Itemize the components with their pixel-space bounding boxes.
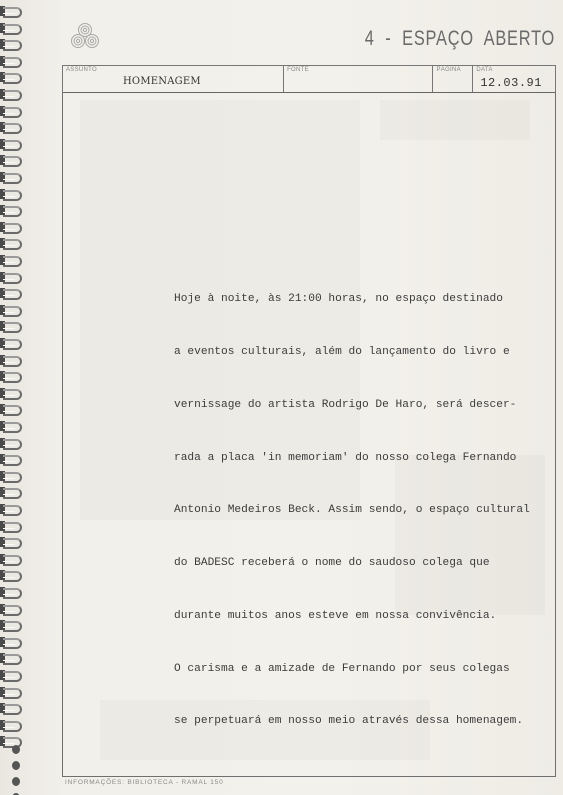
spiral-coil <box>0 54 22 66</box>
spiral-coil <box>0 585 22 597</box>
spiral-coil <box>0 336 22 348</box>
fonte-cell: FONTE <box>284 66 433 92</box>
fonte-label: FONTE <box>287 67 309 73</box>
spiral-coil <box>0 220 22 232</box>
article-line: do BADESC receberá o nome do saudoso col… <box>174 555 554 573</box>
spiral-coil <box>0 685 22 697</box>
article-line: O carisma e a amizade de Fernando por se… <box>174 661 554 679</box>
badesc-spiral-logo-icon <box>70 22 100 50</box>
spiral-coil <box>0 485 22 497</box>
form-header-table: ASSUNTO HOMENAGEM FONTE PÁGINA DATA 12.0… <box>62 65 556 93</box>
article-line: Hoje à noite, às 21:00 horas, no espaço … <box>174 291 554 309</box>
spiral-coil <box>0 153 22 165</box>
data-cell: DATA 12.03.91 <box>473 66 555 92</box>
spiral-coil <box>0 552 22 564</box>
assunto-label: ASSUNTO <box>66 67 97 73</box>
spiral-coil <box>0 137 22 149</box>
spiral-coil <box>0 353 22 365</box>
spiral-coil <box>0 120 22 132</box>
data-label: DATA <box>476 67 492 73</box>
spiral-coil <box>0 104 22 116</box>
spiral-coil <box>0 618 22 630</box>
article-line: se perpetuará em nosso meio através dess… <box>174 713 554 731</box>
spiral-coil <box>0 21 22 33</box>
spiral-coil <box>0 4 22 16</box>
spiral-binding <box>0 0 26 795</box>
article-body: Hoje à noite, às 21:00 horas, no espaço … <box>174 256 554 749</box>
spiral-coil <box>0 419 22 431</box>
spiral-coil <box>0 436 22 448</box>
spiral-coil <box>0 452 22 464</box>
footer-info: INFORMAÇÕES: BIBLIOTECA - RAMAL 150 <box>65 779 224 786</box>
article-line: durante muitos anos esteve em nossa conv… <box>174 608 554 626</box>
spiral-coil <box>0 187 22 199</box>
spiral-coil <box>0 568 22 580</box>
article-line: Antonio Medeiros Beck. Assim sendo, o es… <box>174 502 554 520</box>
assunto-cell: ASSUNTO HOMENAGEM <box>63 66 284 92</box>
pagina-cell: PÁGINA <box>433 66 473 92</box>
pagina-label: PÁGINA <box>436 67 460 73</box>
spiral-coil <box>0 170 22 182</box>
spiral-coil <box>0 236 22 248</box>
spiral-coil <box>0 369 22 381</box>
binding-hole <box>12 761 20 770</box>
spiral-coil <box>0 37 22 49</box>
binding-hole <box>12 745 20 754</box>
spiral-coil <box>0 635 22 647</box>
spiral-coil <box>0 519 22 531</box>
article-line: rada a placa 'in memoriam' do nosso cole… <box>174 450 554 468</box>
spiral-coil <box>0 87 22 99</box>
spiral-coil <box>0 319 22 331</box>
binding-hole <box>12 777 20 786</box>
spiral-coil <box>0 402 22 414</box>
spiral-coil <box>0 535 22 547</box>
spiral-coil <box>0 701 22 713</box>
spiral-coil <box>0 469 22 481</box>
article-line: vernissage do artista Rodrigo De Haro, s… <box>174 397 554 415</box>
assunto-value: HOMENAGEM <box>123 76 201 87</box>
spiral-coil <box>0 286 22 298</box>
section-title: 4 - ESPAÇO ABERTO <box>365 27 555 51</box>
spiral-coil <box>0 502 22 514</box>
spiral-coil <box>0 734 22 746</box>
spiral-coil <box>0 602 22 614</box>
data-value: 12.03.91 <box>480 76 542 90</box>
spiral-coil <box>0 651 22 663</box>
spiral-coil <box>0 718 22 730</box>
spiral-coil <box>0 386 22 398</box>
spiral-coil <box>0 668 22 680</box>
spiral-coil <box>0 270 22 282</box>
article-line: a eventos culturais, além do lançamento … <box>174 344 554 362</box>
spiral-coil <box>0 253 22 265</box>
spiral-coil <box>0 303 22 315</box>
spiral-coil <box>0 203 22 215</box>
spiral-coil <box>0 70 22 82</box>
